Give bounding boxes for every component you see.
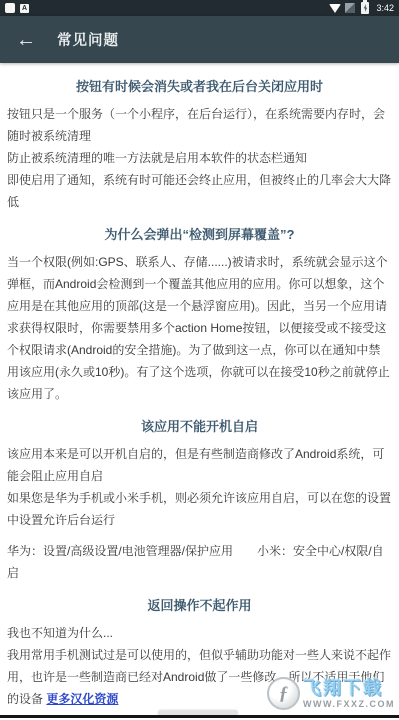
faq-section-screen-overlay: 为什么会弹出“检测到屏幕覆盖”? 当一个权限(例如:GPS、联系人、存储....… <box>7 227 392 405</box>
battery-charging-icon <box>361 2 369 14</box>
site-watermark: ƒ 飞翔下载 WWW.FXXZ.COM <box>267 677 395 710</box>
wifi-icon <box>329 4 341 13</box>
watermark-site-name: 飞翔下载 <box>303 679 383 697</box>
more-resources-link[interactable]: 更多汉化资源 <box>46 692 118 706</box>
fxxz-logo-icon: ƒ <box>267 677 300 710</box>
screen-bottom-edge <box>0 715 399 718</box>
faq-section-title: 该应用不能开机自启 <box>7 419 392 435</box>
app-bar: ← 常见问题 <box>0 16 399 63</box>
signal-icon <box>345 3 355 13</box>
status-bar: A 3:42 <box>0 0 399 16</box>
faq-settings-paths: 华为：设置/高级设置/电池管理器/保护应用 小米：安全中心/权限/自启 <box>7 540 392 584</box>
page-title: 常见问题 <box>57 29 119 50</box>
faq-section-body: 当一个权限(例如:GPS、联系人、存储......)被请求时，系统就会显示这个弹… <box>7 251 392 405</box>
faq-section-button-disappears: 按钮有时候会消失或者我在后台关闭应用时 按钮只是一个服务（一个小程序，在后台运行… <box>7 79 392 213</box>
faq-section-autostart: 该应用不能开机自启 该应用本来是可以开机自启的，但是有些制造商修改了Androi… <box>7 419 392 584</box>
charging-bolt-icon <box>363 4 367 12</box>
faq-section-body: 按钮只是一个服务（一个小程序，在后台运行），在系统需要内存时，会随时被系统清理 … <box>7 103 392 213</box>
back-arrow-icon[interactable]: ← <box>16 30 36 50</box>
notification-square-icon <box>5 3 15 13</box>
app-screen: A 3:42 ← 常见问题 按钮有时候会消失或者我在后台关闭应用时 按钮只是一个… <box>0 0 399 720</box>
faq-content: 按钮有时候会消失或者我在后台关闭应用时 按钮只是一个服务（一个小程序，在后台运行… <box>0 63 399 710</box>
status-clock: 3:42 <box>376 3 394 13</box>
watermark-text: 飞翔下载 WWW.FXXZ.COM <box>303 679 395 709</box>
status-bar-right: 3:42 <box>329 2 394 14</box>
watermark-site-url: WWW.FXXZ.COM <box>303 700 395 709</box>
faq-section-title: 返回操作不起作用 <box>7 598 392 614</box>
letter-a-badge-icon: A <box>20 4 29 13</box>
status-bar-left: A <box>5 3 329 13</box>
faq-section-title: 为什么会弹出“检测到屏幕覆盖”? <box>7 227 392 243</box>
faq-section-body: 该应用本来是可以开机自启的，但是有些制造商修改了Android系统，可能会阻止应… <box>7 443 392 531</box>
faq-section-title: 按钮有时候会消失或者我在后台关闭应用时 <box>7 79 392 95</box>
